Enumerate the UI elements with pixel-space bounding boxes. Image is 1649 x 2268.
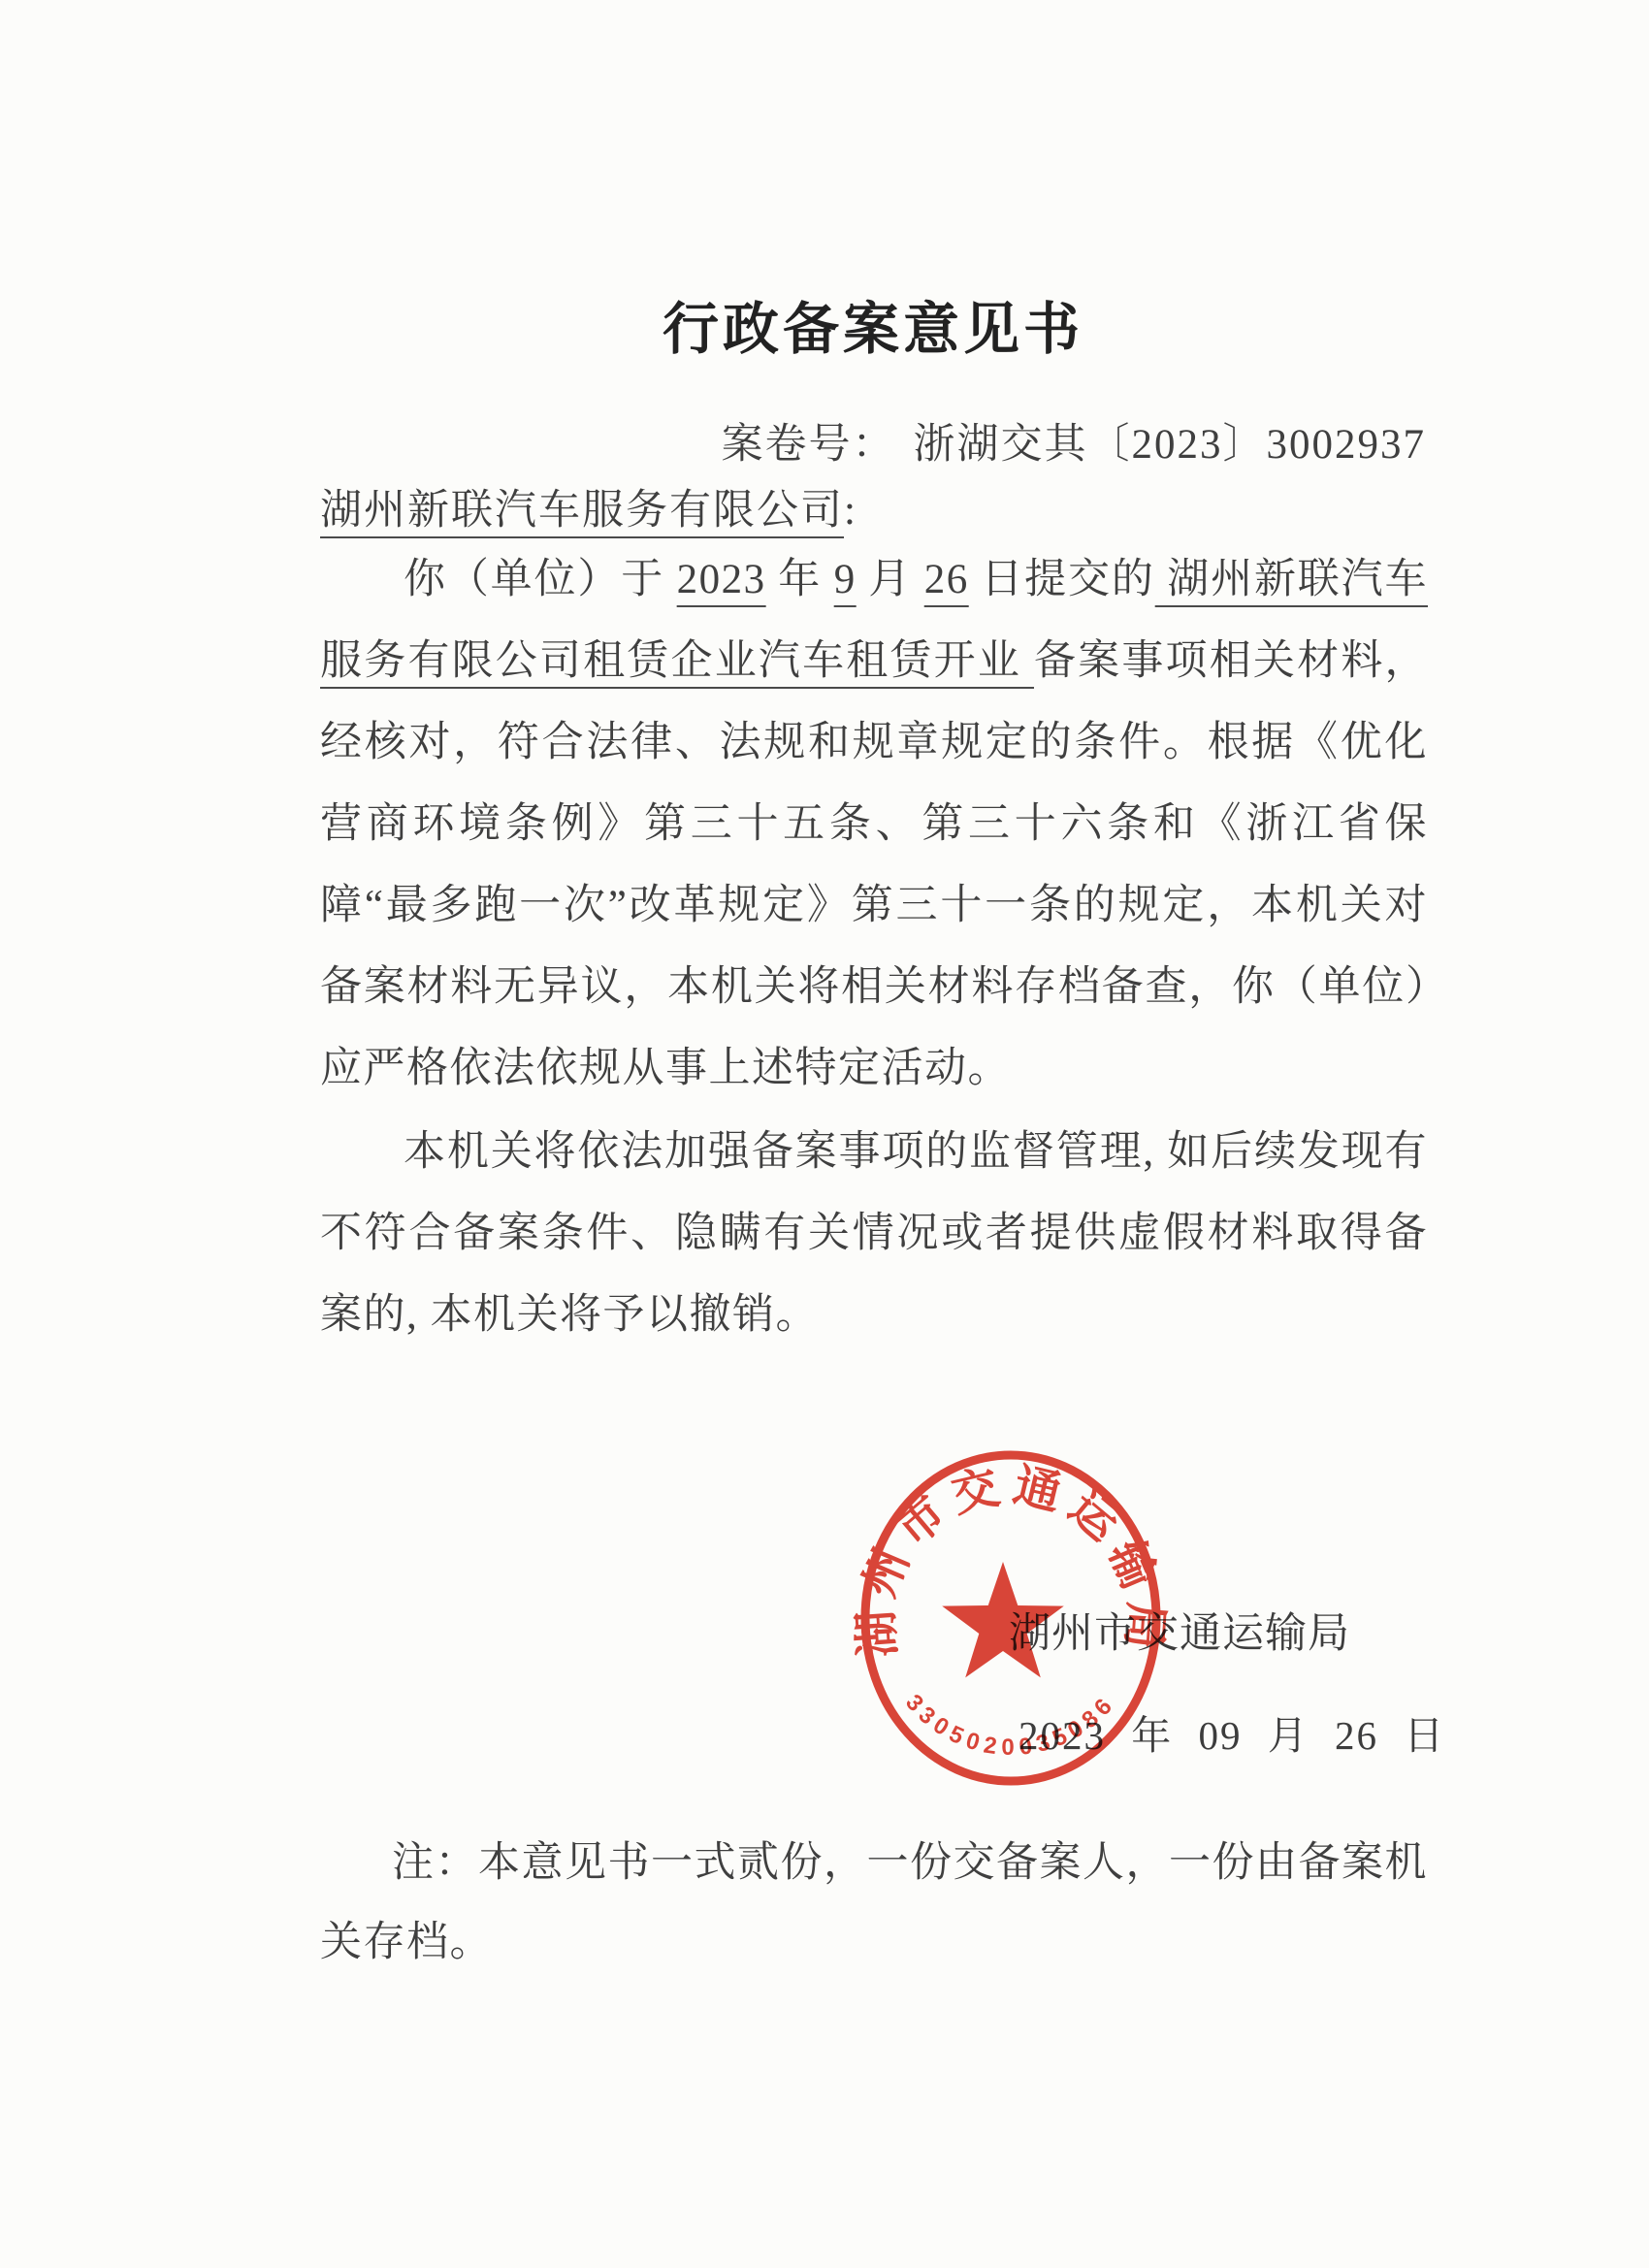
addressee-colon: :: [844, 488, 857, 534]
seal-serial-number: 3305020035086: [900, 1690, 1121, 1761]
filing-text-3: 月: [857, 557, 924, 602]
footer-note: 注：本意见书一式贰份，一份交备案人，一份由备案机关存档。: [320, 1824, 1428, 1983]
filing-text-2: 年: [766, 557, 834, 602]
addressee-line: 湖州新联汽车服务有限公司:: [320, 477, 857, 536]
addressee-company-name: 湖州新联汽车服务有限公司: [320, 488, 844, 534]
filing-text-1: 你（单位）于: [404, 557, 677, 602]
filing-text-5: 备案事项相关材料，经核对，符合法律、法规和规章规定的条件。根据《优化营商环境条例…: [320, 638, 1428, 1091]
official-seal-stamp: 湖州市交通运输局 3305020035086: [846, 1442, 1178, 1802]
case-number-label: 案卷号：: [722, 422, 896, 468]
paragraph-supervision-notice: 本机关将依法加强备案事项的监督管理, 如后续发现有不符合备案条件、隐瞒有关情况或…: [320, 1112, 1428, 1356]
filing-year: 2023: [677, 557, 766, 602]
filing-day: 26: [924, 557, 969, 602]
case-number-value: 浙湖交其〔2023〕3002937: [914, 422, 1427, 468]
filing-text-4: 日提交的: [969, 557, 1155, 602]
case-number-line: 案卷号：浙湖交其〔2023〕3002937: [320, 411, 1426, 470]
scanned-document-page: 行政备案意见书 案卷号：浙湖交其〔2023〕3002937 湖州新联汽车服务有限…: [0, 0, 1649, 2268]
paragraph-filing-approval: 你（单位）于 2023 年 9 月 26 日提交的 湖州新联汽车服务有限公司租赁…: [320, 539, 1428, 1110]
document-title: 行政备案意见书: [320, 283, 1426, 365]
filing-month: 9: [834, 557, 857, 602]
seal-star-icon: [942, 1562, 1064, 1677]
